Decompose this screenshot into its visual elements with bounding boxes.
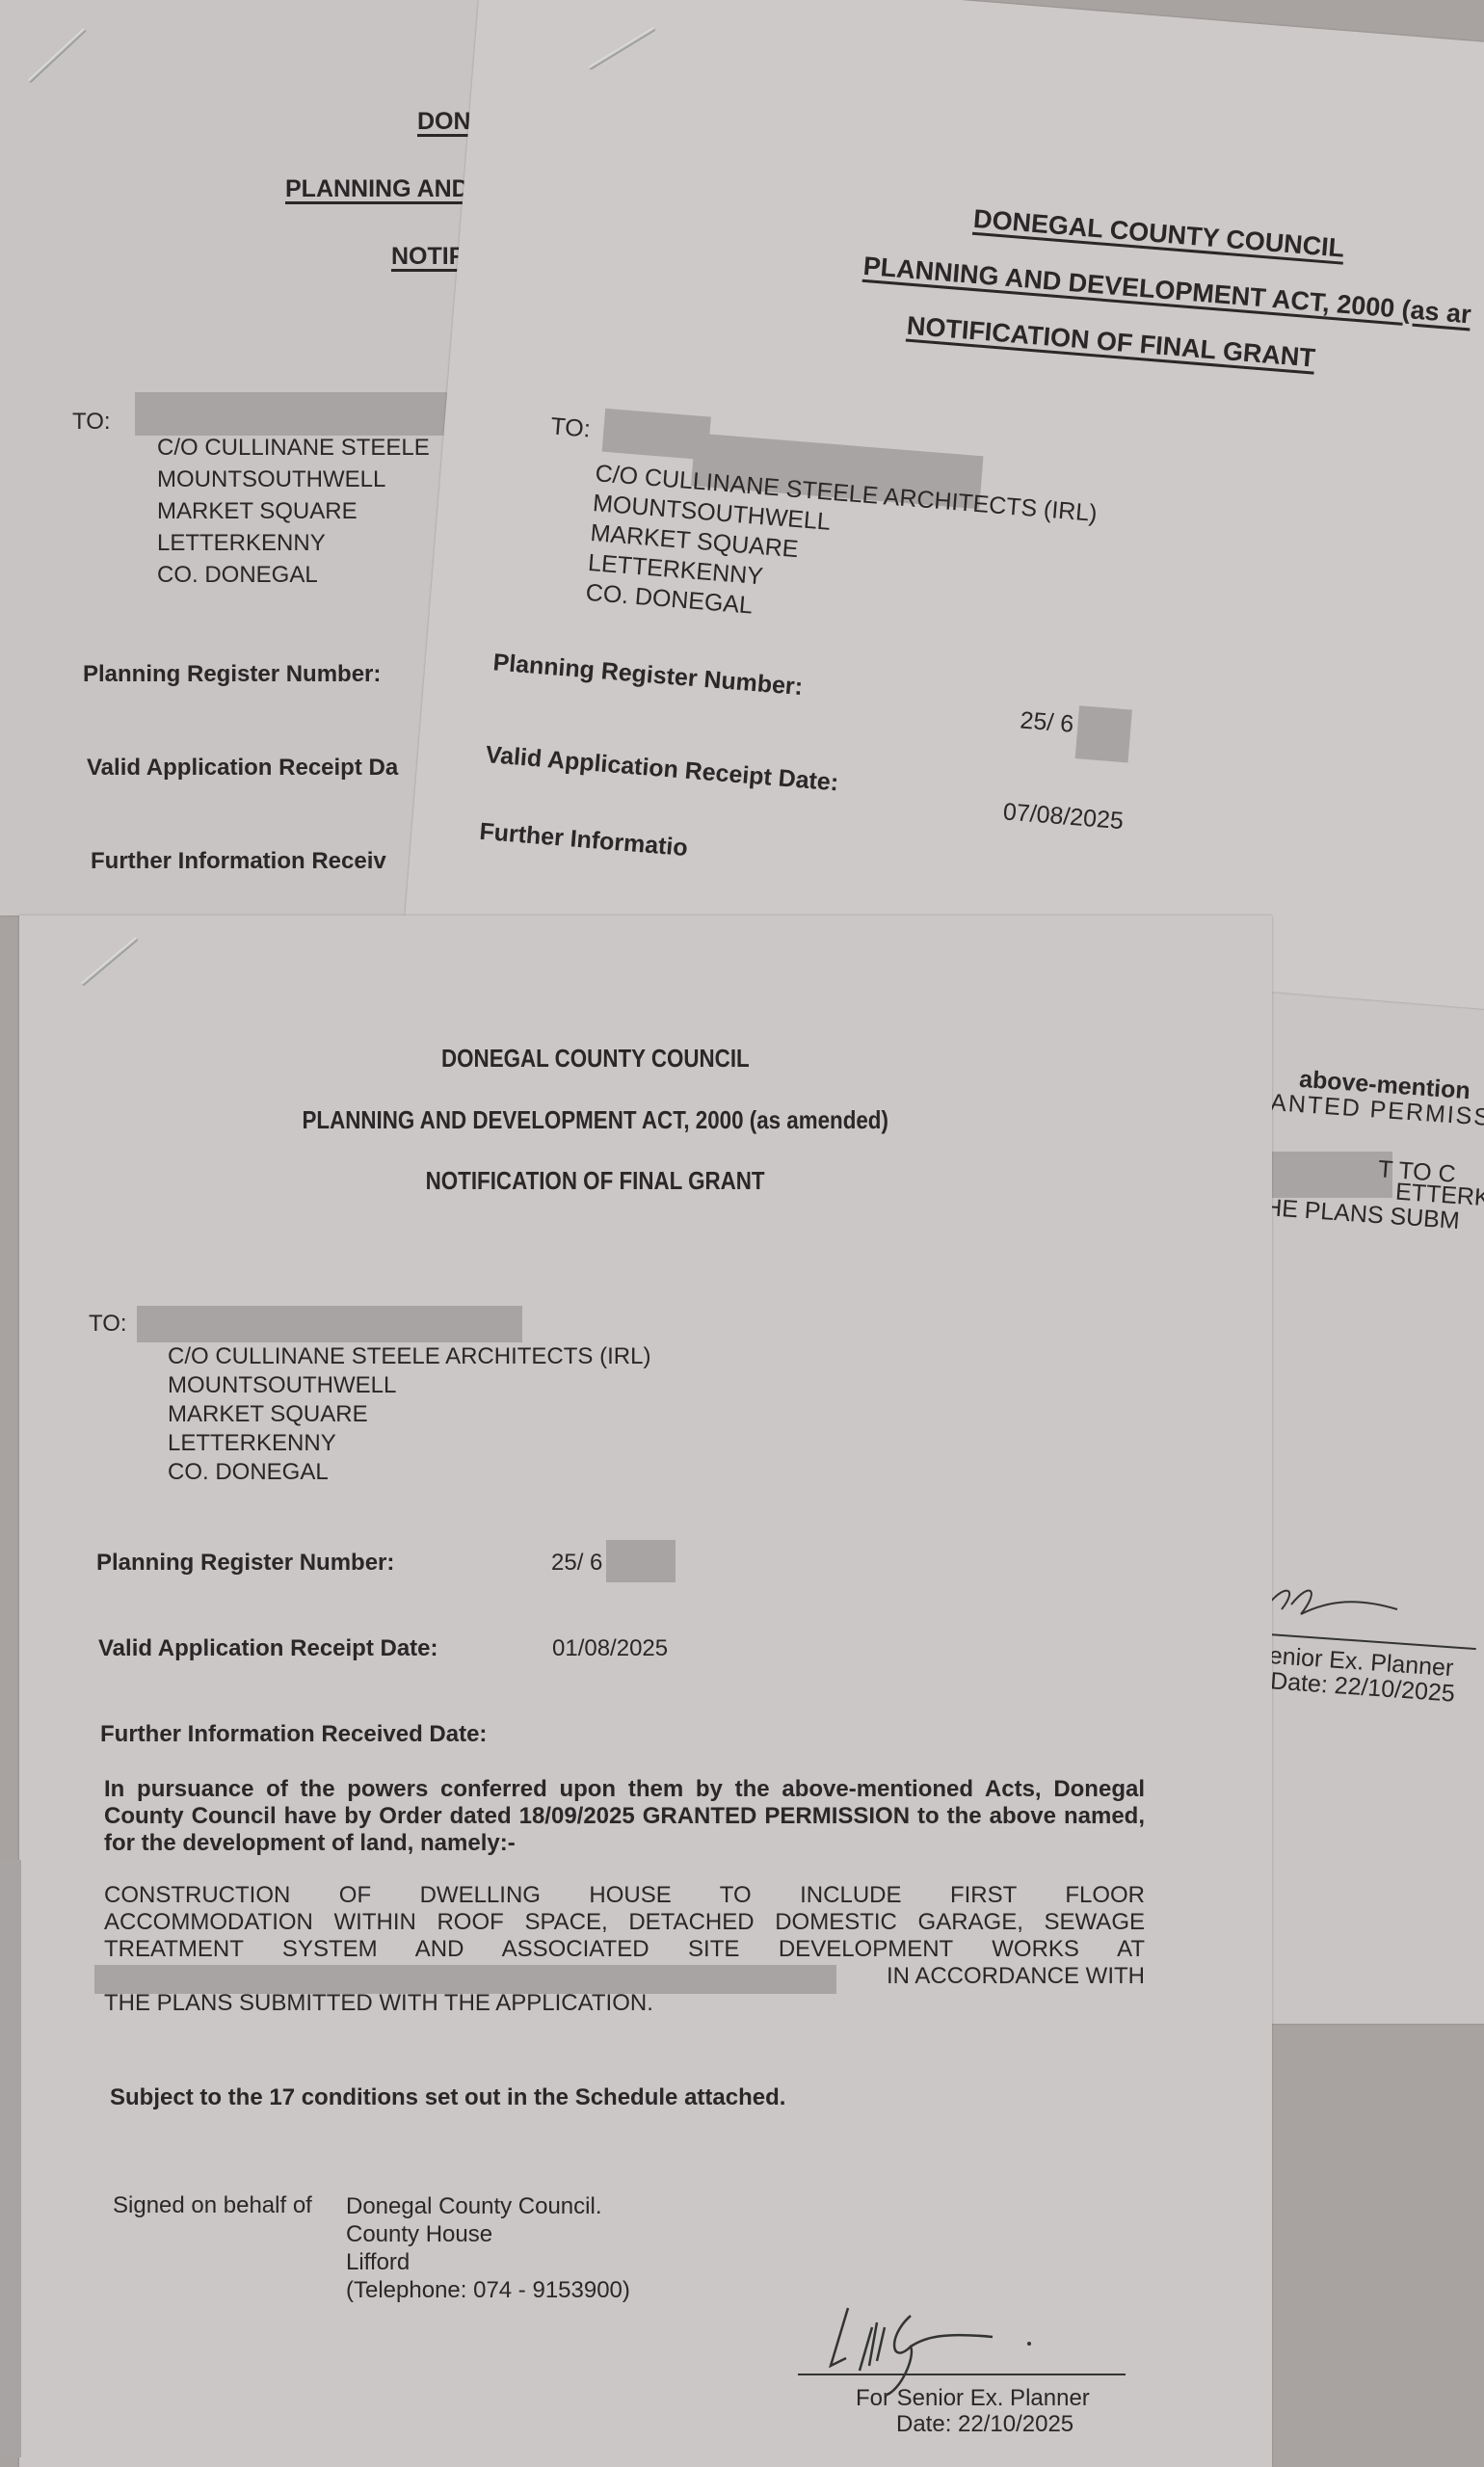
development-line: THE PLANS SUBMITTED WITH THE APPLICATION… [104,1990,1145,2017]
address-block: C/O CULLINANE STEELE MOUNTSOUTHWELL MARK… [157,432,430,591]
signed-label: Signed on behalf of [113,2192,312,2219]
staple-icon [28,28,87,83]
signoff-title: For Senior Ex. Planner [856,2385,1090,2412]
header-act: PLANNING AND DEVELOPMENT ACT, 2000 (as a… [0,1105,1222,1135]
valid-receipt-label: Valid Application Receipt Date: [98,1635,438,1662]
address-line: LETTERKENNY [157,527,430,559]
signoff-date: Date: 22/10/2025 [896,2411,1073,2438]
address-block: C/O CULLINANE STEELE ARCHITECTS (IRL) MO… [168,1342,650,1487]
address-line: CO. DONEGAL [157,559,430,591]
planning-register-label: Planning Register Number: [96,1550,394,1577]
redacted-name [137,1306,522,1342]
signature-line [798,2374,1126,2375]
redacted-register-number [1075,705,1132,762]
to-label: TO: [549,411,592,444]
grant-paragraph: In pursuance of the powers conferred upo… [104,1776,1145,1857]
to-label: TO: [72,409,111,436]
development-description: CONSTRUCTION OF DWELLING HOUSE TO INCLUD… [104,1882,1145,2017]
signatory-block: Donegal County Council. County House Lif… [346,2192,630,2304]
further-info-label: Further Information Received Date: [100,1721,487,1748]
signatory-line: (Telephone: 074 - 9153900) [346,2276,630,2304]
address-line: LETTERKENNY [168,1429,650,1458]
address-block: C/O CULLINANE STEELE ARCHITECTS (IRL) MO… [585,459,1099,648]
redacted-edge-strip [0,1860,21,2457]
valid-receipt-label: Valid Application Receipt Date: [485,741,839,797]
address-line: MARKET SQUARE [168,1400,650,1429]
planning-register-value: 25/ 6 [551,1550,602,1577]
address-line: MOUNTSOUTHWELL [168,1371,650,1400]
valid-receipt-value: 07/08/2025 [1002,798,1125,836]
signatory-line: Lifford [346,2248,630,2276]
further-info-label: Further Informatio [478,818,688,862]
signature-icon [1253,1571,1426,1629]
development-line: CONSTRUCTION OF DWELLING HOUSE TO INCLUD… [104,1882,1145,1909]
to-label: TO: [89,1311,127,1338]
further-info-label: Further Information Receiv [91,848,386,875]
valid-receipt-label: Valid Application Receipt Da [87,755,398,782]
document-front: DONEGAL COUNTY COUNCIL PLANNING AND DEVE… [19,915,1272,2467]
header-council: DONEGAL COUNTY COUNCIL [0,1044,1222,1074]
address-line: MARKET SQUARE [157,495,430,527]
document-back-right: above-mention ANTED PERMISS T TO C ETTER… [1253,906,1484,2024]
development-line: TREATMENT SYSTEM AND ASSOCIATED SITE DEV… [104,1936,1145,1963]
signatory-line: Donegal County Council. [346,2192,630,2220]
development-line: ACCOMMODATION WITHIN ROOF SPACE, DETACHE… [104,1909,1145,1936]
header-notice: NOTIFICATION OF FINAL GRANT [906,311,1316,374]
address-line: CO. DONEGAL [168,1458,650,1487]
planning-register-label: Planning Register Number: [492,649,805,702]
document-back-middle: DONEGAL COUNTY COUNCIL PLANNING AND DEVE… [405,0,1484,1022]
redacted-name [135,392,496,436]
staple-icon [588,27,655,70]
development-line: IN ACCORDANCE WITH [104,1963,1145,1990]
address-line: C/O CULLINANE STEELE [157,432,430,464]
conditions-note: Subject to the 17 conditions set out in … [110,2084,785,2111]
planning-register-label: Planning Register Number: [83,661,381,688]
redacted-register-number [606,1540,676,1582]
header-council: DONEGAL COUNTY COUNCIL [972,204,1345,264]
address-line: C/O CULLINANE STEELE ARCHITECTS (IRL) [168,1342,650,1371]
valid-receipt-value: 01/08/2025 [552,1635,668,1662]
redacted-site-address [94,1965,836,1994]
address-line: MOUNTSOUTHWELL [157,464,430,495]
staple-icon [81,937,139,986]
signatory-line: County House [346,2220,630,2248]
planning-register-value: 25/ 6 [1019,706,1074,738]
header-notice: NOTIFICATION OF FINAL GRANT [0,1166,1222,1196]
